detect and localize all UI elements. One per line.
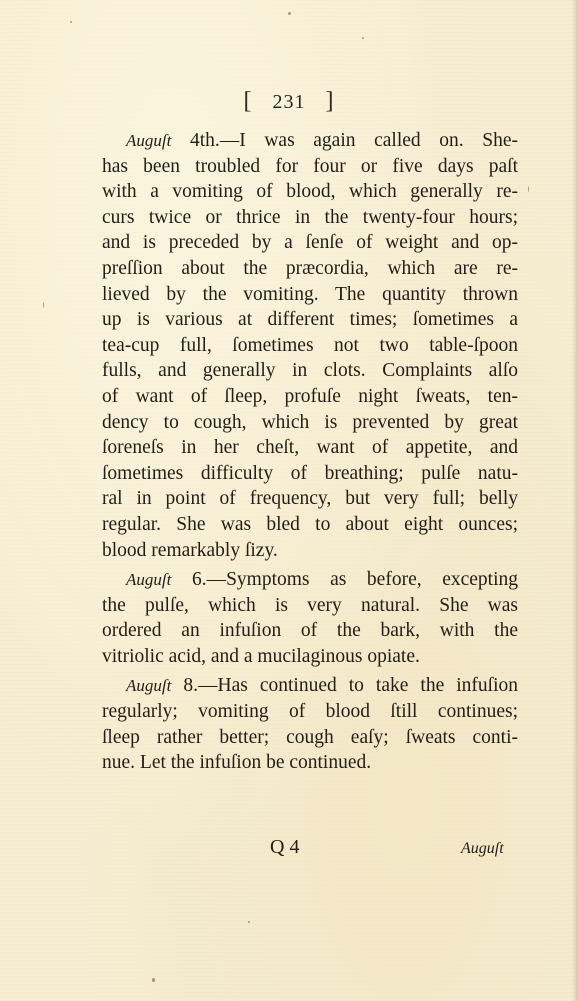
text-line: preſſion about the præcordia, which are … (102, 256, 518, 282)
diary-entry-august-6: Auguſt 6.—Symptoms as before, excepting … (102, 567, 518, 669)
paper-speck (528, 186, 529, 192)
paper-speck (248, 921, 250, 923)
text-line: nue. Let the infuſion be continued. (102, 750, 518, 776)
text-line: up is various at different times; ſometi… (102, 307, 518, 333)
text-line: lieved by the vomiting. The quantity thr… (102, 282, 518, 308)
diary-entry-august-8: Auguſt 8.—Has continued to take the infu… (102, 673, 518, 775)
text-line: dency to cough, which is prevented by gr… (102, 410, 518, 436)
book-page: [ 231 ] Auguſt 4th.—I was again called o… (0, 0, 578, 1001)
paper-speck (43, 302, 44, 308)
page-edge-shadow (572, 0, 578, 1001)
text-line: of want of ſleep, profuſe night ſweats, … (102, 384, 518, 410)
text-line: blood remarkably ſizy. (102, 538, 518, 564)
text-line: vitriolic acid, and a mucilaginous opiat… (102, 644, 518, 670)
text-line: ſoreneſs in her cheſt, want of appetite,… (102, 435, 518, 461)
bracket-close: ] (326, 88, 335, 115)
paper-speck (152, 978, 155, 982)
text-line: tea-cup full, ſometimes not two table-ſp… (102, 333, 518, 359)
catchword: Auguſt (461, 840, 504, 858)
text-line: Auguſt 4th.—I was again called on. She- (102, 128, 518, 154)
paper-speck (362, 37, 364, 39)
text-line: and is preceded by a ſenſe of weight and… (102, 230, 518, 256)
page-number: 231 (273, 91, 306, 113)
text-line: with a vomiting of blood, which generall… (102, 179, 518, 205)
text-line: ſleep rather better; cough eaſy; ſweats … (102, 725, 518, 751)
text-line: ordered an infuſion of the bark, with th… (102, 618, 518, 644)
text-line: Auguſt 8.—Has continued to take the infu… (102, 673, 518, 699)
body-text: Auguſt 4th.—I was again called on. She- … (102, 128, 518, 776)
date-label: Auguſt (126, 676, 171, 695)
date-label: Auguſt (126, 570, 171, 589)
text-line: fulls, and generally in clots. Complaint… (102, 358, 518, 384)
date-label: Auguſt (126, 131, 171, 150)
text-line: has been troubled for four or five days … (102, 154, 518, 180)
paper-speck (70, 21, 72, 23)
text-line: regular. She was bled to about eight oun… (102, 512, 518, 538)
text-line: ral in point of frequency, but very full… (102, 486, 518, 512)
paper-speck (288, 12, 291, 15)
diary-entry-august-4: Auguſt 4th.—I was again called on. She- … (102, 128, 518, 563)
text-line: the pulſe, which is very natural. She wa… (102, 593, 518, 619)
text-line: regularly; vomiting of blood ſtill conti… (102, 699, 518, 725)
signature-mark: Q 4 (270, 836, 299, 859)
text-line: Auguſt 6.—Symptoms as before, excepting (102, 567, 518, 593)
page-number-header: [ 231 ] (0, 88, 578, 115)
text-line: ſometimes difficulty of breathing; pulſe… (102, 461, 518, 487)
text-line: curs twice or thrice in the twenty-four … (102, 205, 518, 231)
bracket-open: [ (244, 88, 253, 115)
